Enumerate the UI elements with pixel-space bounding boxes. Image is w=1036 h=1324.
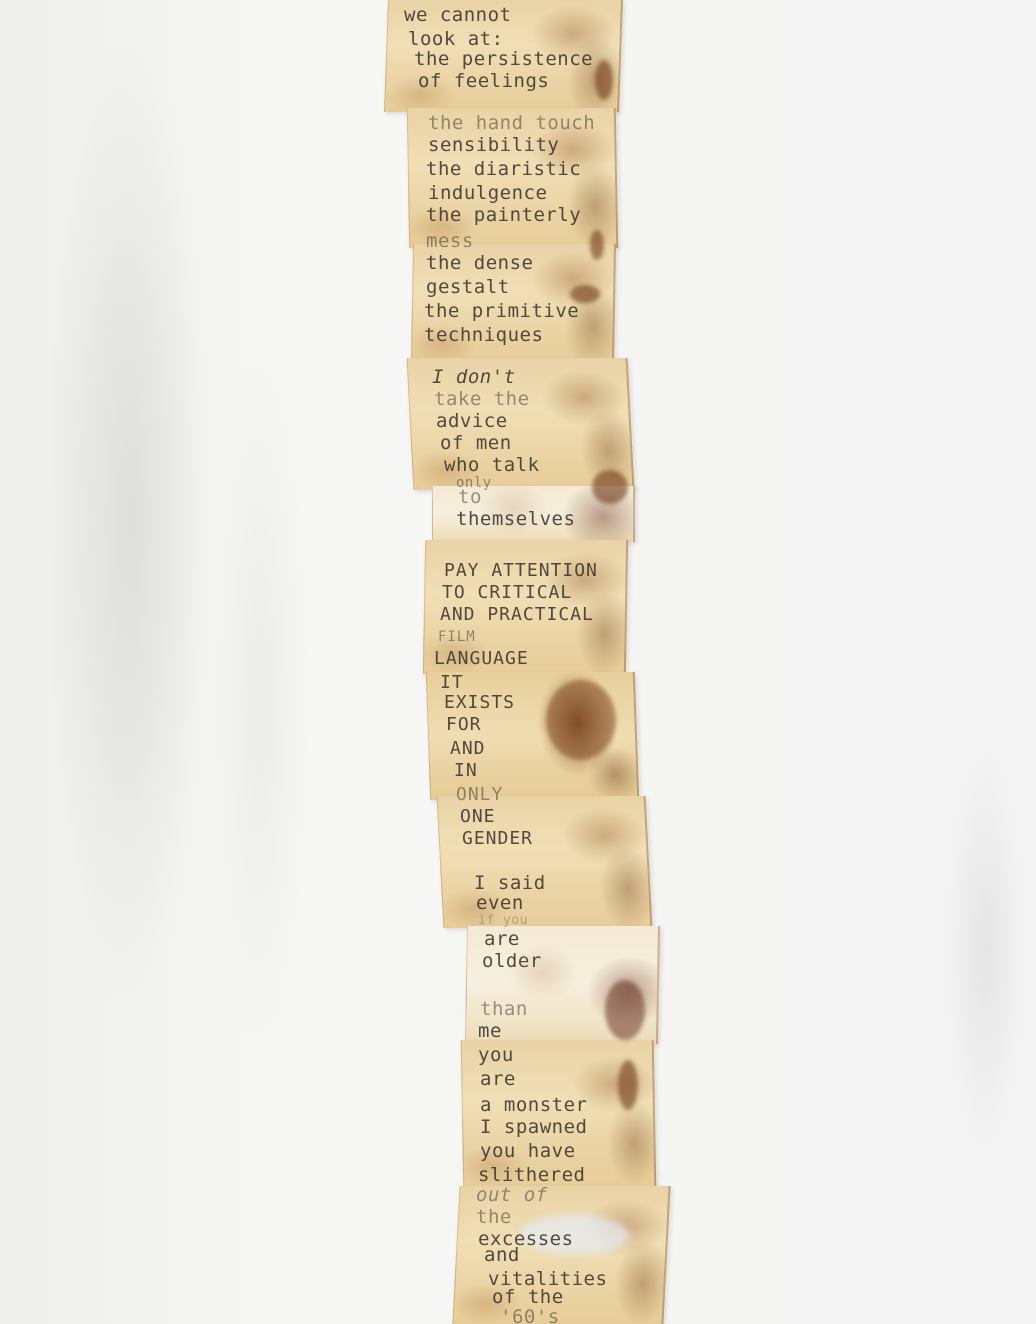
scroll-text-line: IT [440, 672, 464, 694]
scroll-text-line: slithered [478, 1164, 585, 1186]
scroll-text-line: mess [426, 230, 474, 252]
scroll-text-line: take the [434, 388, 530, 410]
scroll-text-line: '60's [500, 1306, 560, 1324]
stain-mark [618, 1060, 638, 1110]
scroll-text-line: the painterly [426, 204, 581, 226]
scroll-text-line: themselves [456, 508, 575, 530]
scroll-text-line: the diaristic [426, 158, 581, 180]
scroll-text-line: the persistence [414, 48, 593, 70]
scroll-text-line: ONE [460, 806, 496, 828]
scroll-text-line: AND PRACTICAL [440, 604, 594, 626]
scroll-text-line: FILM [438, 626, 476, 648]
stain-mark [592, 470, 628, 504]
scroll-text-line: the [476, 1206, 512, 1228]
scroll-text-line: FOR [446, 714, 482, 736]
scroll-text-line: the hand touch [428, 112, 595, 134]
scroll-text-line: older [482, 950, 542, 972]
scroll-text-line: and [484, 1244, 520, 1266]
scroll-text-line: out of [476, 1184, 548, 1206]
scroll-text-line: are [484, 928, 520, 950]
scroll-text-line: techniques [424, 324, 543, 346]
scroll-text-line: advice [436, 410, 508, 432]
scroll-text-line: EXISTS [444, 692, 515, 714]
scroll-text-line: than [480, 998, 528, 1020]
scroll-text-line: I don't [432, 366, 516, 388]
scroll-text-line: PAY ATTENTION [444, 560, 598, 582]
scroll-text-line: ONLY [456, 784, 503, 806]
scroll-text-line: AND [450, 738, 486, 760]
scroll-text-line: IN [454, 760, 478, 782]
scroll-text-line: LANGUAGE [434, 648, 529, 670]
scroll-text-line: the dense [426, 252, 533, 274]
scroll-text-line: to [458, 486, 482, 508]
scroll-text-line: we cannot [404, 4, 511, 26]
stain-mark [605, 980, 645, 1040]
scroll-text-line: you [478, 1044, 514, 1066]
scroll-text-line: gestalt [426, 276, 510, 298]
scroll-text-line: of the [492, 1286, 564, 1308]
stain-mark [590, 230, 604, 260]
scroll-text-line: TO CRITICAL [442, 582, 572, 604]
scroll-text-line: of feelings [418, 70, 549, 92]
scroll-text-line: indulgence [428, 182, 547, 204]
scroll-text-line: look at: [408, 28, 504, 50]
scroll-text-line: me [478, 1020, 502, 1042]
scroll-text-line: you have [480, 1140, 576, 1162]
scroll-text-line: GENDER [462, 828, 533, 850]
scroll-text-line: I said [474, 872, 546, 894]
scroll-text-line: the primitive [424, 300, 579, 322]
stain-mark [546, 680, 616, 760]
typewritten-paper-scroll: we cannot look at: the persistence of fe… [0, 0, 1036, 1324]
scroll-text-line: a monster [480, 1094, 587, 1116]
stain-mark [595, 60, 613, 100]
scroll-text-line: of men [440, 432, 512, 454]
scroll-text-line: I spawned [480, 1116, 587, 1138]
scroll-text-line: are [480, 1068, 516, 1090]
scroll-text-line: sensibility [428, 134, 559, 156]
